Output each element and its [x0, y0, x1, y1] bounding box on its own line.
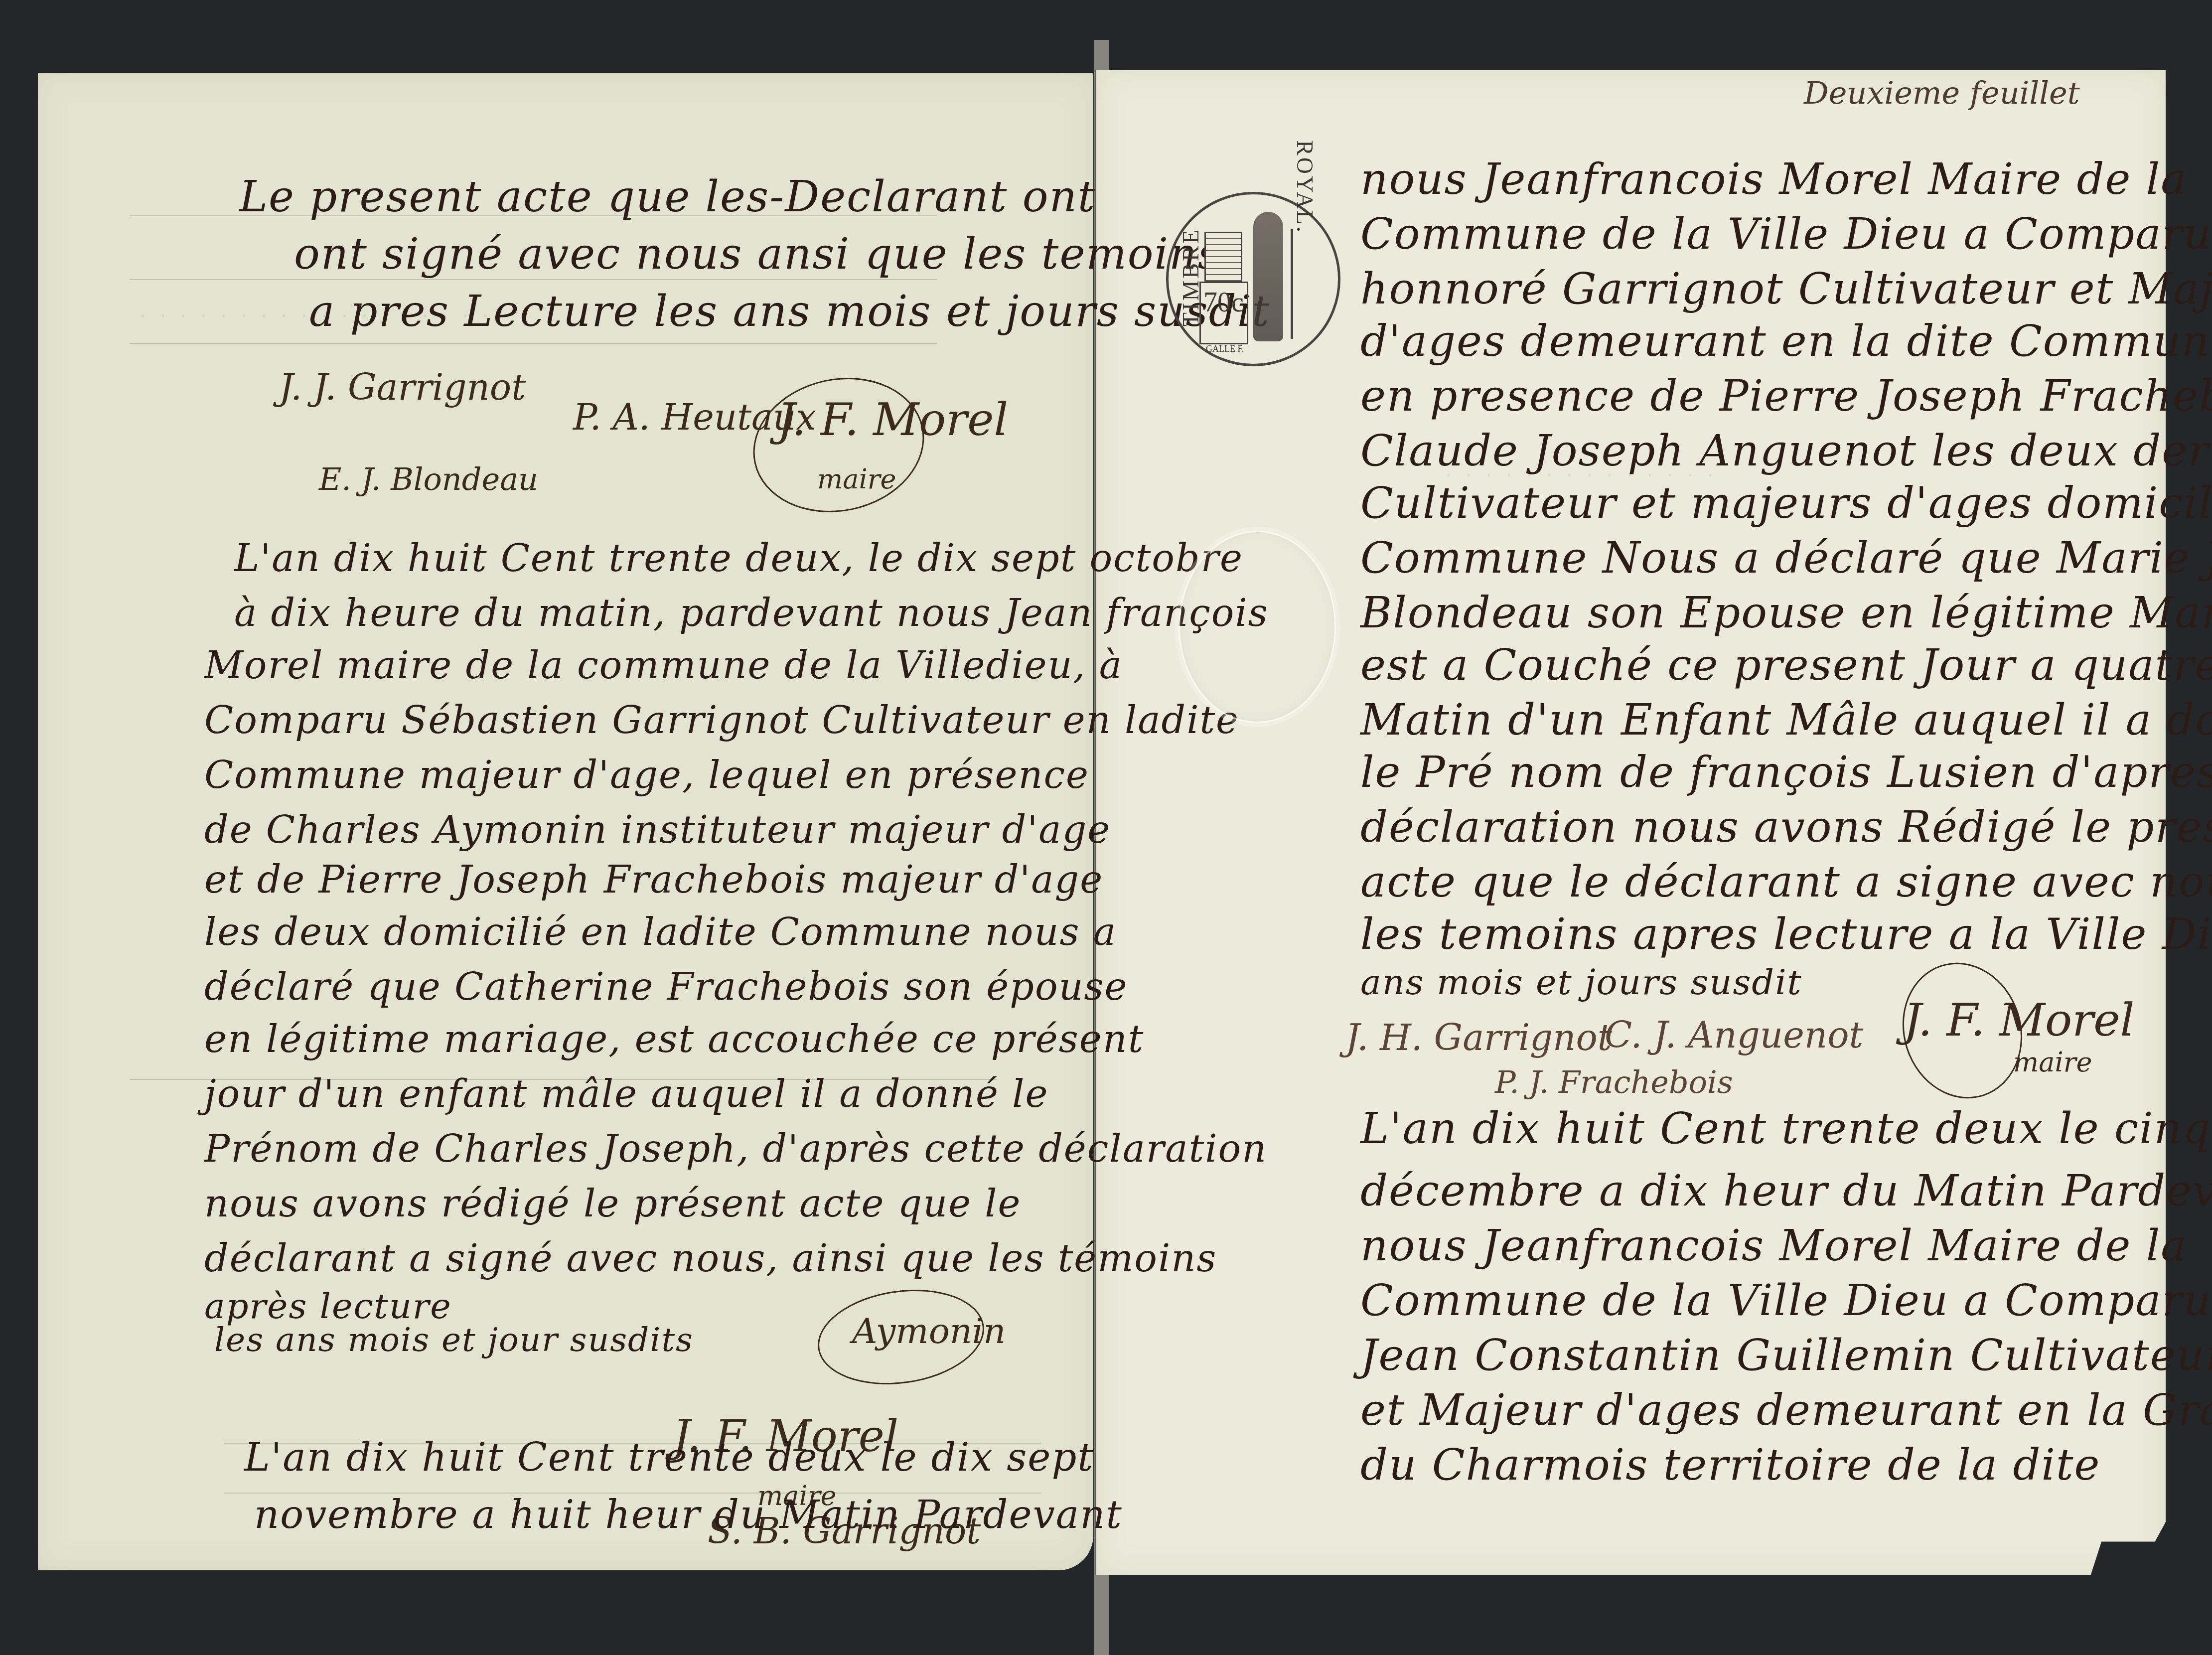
- text-line: nous Jeanfrancois Morel Maire de la: [1360, 1221, 2188, 1271]
- text-line: L'an dix huit Cent trente deux le dix se…: [244, 1435, 1094, 1480]
- text-line: Comparu Sébastien Garrignot Cultivateur …: [204, 698, 1239, 742]
- text-line: L'an dix huit Cent trente deux le cinq: [1360, 1104, 2211, 1154]
- text-line: ont signé avec nous ansi que les temoins: [294, 229, 1221, 279]
- text-line: Le present acte que les-Declarant ont: [239, 172, 1096, 222]
- signature-blondeau: E. J. Blondeau: [319, 461, 538, 497]
- text-line: et de Pierre Joseph Frachebois majeur d'…: [204, 857, 1103, 902]
- text-line: déclaré que Catherine Frachebois son épo…: [204, 964, 1128, 1009]
- embossed-seal: [1179, 531, 1336, 723]
- text-line: L'an dix huit Cent trente deux, le dix s…: [234, 536, 1243, 580]
- signature-garrignot: J. H. Garrignot: [1345, 1017, 1612, 1058]
- text-line: le Pré nom de françois Lusien d'apres Ce…: [1360, 748, 2212, 797]
- signature-title-maire: maire: [2013, 1047, 2092, 1078]
- text-line: Commune de la Ville Dieu a Comparu: [1360, 1276, 2212, 1326]
- stamp-label-royal: ROYAL.: [1292, 140, 1318, 234]
- text-line: à dix heure du matin, pardevant nous Jea…: [234, 591, 1269, 635]
- text-line: honnoré Garrignot Cultivateur et Majeur: [1360, 264, 2212, 314]
- text-line: jour d'un enfant mâle auquel il a donné …: [204, 1071, 1048, 1116]
- text-line: novembre a huit heur du Matin Pardevant: [254, 1493, 1123, 1537]
- stamp-scepter: [1291, 229, 1293, 339]
- stamp-allegorical-figure: [1253, 212, 1283, 341]
- stamp-engraver: GALLE F.: [1206, 344, 1244, 354]
- text-line: de Charles Aymonin instituteur majeur d'…: [204, 807, 1111, 852]
- text-line: Morel maire de la commune de la Villedie…: [204, 643, 1123, 687]
- text-line: nous Jeanfrancois Morel Maire de la: [1360, 154, 2188, 204]
- stamp-tablet: [1204, 232, 1242, 282]
- text-line: du Charmois territoire de la dite: [1360, 1440, 2100, 1490]
- text-line: Cultivateur et majeurs d'ages domiciliée…: [1360, 478, 2212, 528]
- signature-frachebois: P. J. Frachebois: [1495, 1064, 1733, 1100]
- ruled-line: [130, 279, 937, 280]
- text-line: Jean Constantin Guillemin Cultivateur: [1360, 1331, 2212, 1380]
- signature-garrignot: J. J. Garrignot: [279, 366, 526, 408]
- signature-anguenot: C. J. Anguenot: [1605, 1014, 1863, 1056]
- text-line: les temoins apres lecture a la Ville Die…: [1360, 909, 2212, 959]
- text-line: est a Couché ce present Jour a quatre he…: [1360, 640, 2212, 690]
- text-line: et Majeur d'ages demeurant en la Grange: [1360, 1385, 2212, 1435]
- text-line: ans mois et jours susdit: [1360, 962, 1802, 1003]
- text-line: Prénom de Charles Joseph, d'après cette …: [204, 1126, 1267, 1171]
- text-line: Commune de la Ville Dieu a Comparu Josep…: [1360, 209, 2212, 259]
- text-line: en légitime mariage, est accouchée ce pr…: [204, 1017, 1144, 1061]
- text-line: nous avons rédigé le présent acte que le: [204, 1181, 1022, 1225]
- folio-note: Deuxieme feuillet: [1804, 75, 2080, 111]
- text-line: les deux domicilié en ladite Commune nou…: [204, 909, 1117, 954]
- text-line: d'ages demeurant en la dite Commune le q…: [1360, 316, 2212, 366]
- text-line: déclaration nous avons Rédigé le present: [1360, 802, 2212, 852]
- stamp-label-timbre: TIMBRE: [1178, 228, 1204, 326]
- ruled-line: [130, 343, 937, 344]
- text-line: décembre a dix heur du Matin Pardevant: [1360, 1166, 2212, 1216]
- text-line: Commune Nous a déclaré que Marie Joseph: [1360, 533, 2212, 583]
- text-line: les ans mois et jour susdits: [214, 1321, 694, 1359]
- text-line: Commune majeur d'age, lequel en présence: [204, 752, 1089, 797]
- tax-stamp-timbre-royal: TIMBRE ROYAL. 70c GALLE F.: [1166, 192, 1340, 366]
- text-line: acte que le déclarant a signe avec nous …: [1360, 857, 2212, 907]
- text-line: Blondeau son Epouse en légitime Mariage: [1360, 588, 2212, 638]
- text-line: Claude Joseph Anguenot les deux dernier …: [1360, 426, 2212, 476]
- text-line: déclarant a signé avec nous, ainsi que l…: [204, 1236, 1217, 1280]
- text-line: Matin d'un Enfant Mâle auquel il a donné: [1360, 695, 2212, 745]
- text-line: en presence de Pierre Joseph Frachebois …: [1360, 371, 2212, 421]
- text-line: a pres Lecture les ans mois et jours sus…: [309, 287, 1270, 336]
- stamp-value: 70c: [1203, 287, 1244, 318]
